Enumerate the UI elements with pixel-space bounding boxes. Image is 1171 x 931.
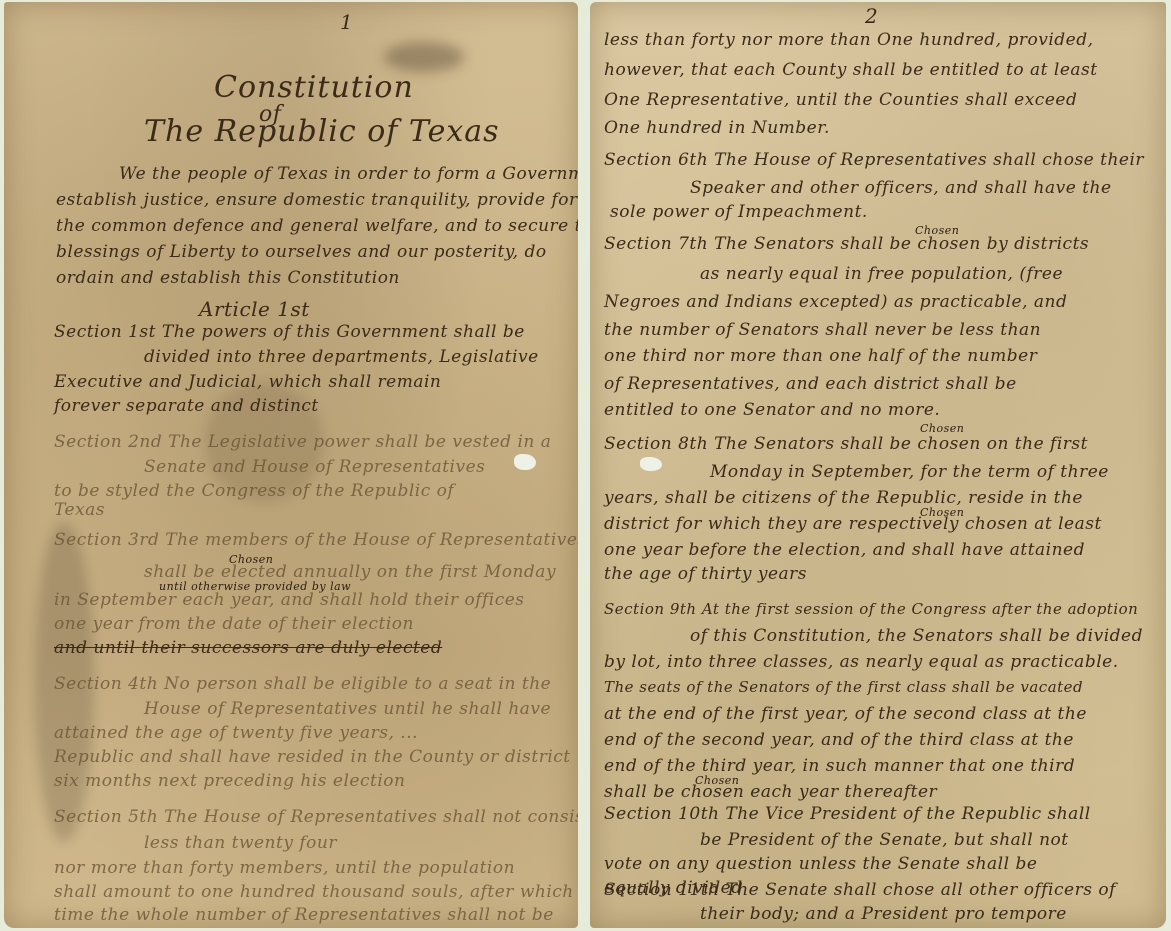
preamble-line: ordain and establish this Constitution — [56, 268, 400, 288]
section-line: Section 8th The Senators shall be chosen… — [604, 434, 1088, 454]
section-line: Section 4th No person shall be eligible … — [54, 674, 551, 694]
section-line: divided into three departments, Legislat… — [144, 347, 539, 367]
continuation-line: One Representative, until the Counties s… — [604, 90, 1077, 110]
section-line: The seats of the Senators of the first c… — [604, 678, 1083, 696]
section-line: less than twenty four — [144, 833, 337, 853]
section-line: one year before the election, and shall … — [604, 540, 1085, 560]
section-line: Executive and Judicial, which shall rema… — [54, 372, 441, 392]
preamble-line: We the people of Texas in order to form … — [119, 164, 578, 184]
section-line: shall be elected annually on the first M… — [144, 562, 556, 582]
continuation-line: One hundred in Number. — [604, 118, 830, 138]
document-title-line3: The Republic of Texas — [144, 114, 500, 149]
section-line: years, shall be citizens of the Republic… — [604, 488, 1083, 508]
section-line: of this Constitution, the Senators shall… — [690, 626, 1143, 646]
section-line: in September each year, and shall hold t… — [54, 590, 525, 610]
section-line: the age of thirty years — [604, 564, 807, 584]
section-line: of Representatives, and each district sh… — [604, 374, 1017, 394]
section-line: shall be chosen each year thereafter — [604, 782, 937, 802]
section-line: entitled to one Senator and no more. — [604, 400, 940, 420]
section-line: district for which they are respectively… — [604, 514, 1102, 534]
section-line: vote on any question unless the Senate s… — [604, 854, 1037, 874]
section-line: Republic and shall have resided in the C… — [54, 747, 571, 767]
section-line: forever separate and distinct — [54, 396, 319, 416]
continuation-line: less than forty nor more than One hundre… — [604, 30, 1094, 50]
section-line: Texas — [54, 500, 105, 520]
preamble-line: blessings of Liberty to ourselves and ou… — [56, 242, 547, 262]
section-line: six months next preceding his election — [54, 771, 405, 791]
section-line: end of the third year, in such manner th… — [604, 756, 1075, 776]
section-line: Senate and House of Representatives — [144, 457, 485, 477]
section-line: Speaker and other officers, and shall ha… — [690, 178, 1112, 198]
section-line: be President of the Senate, but shall no… — [700, 830, 1069, 850]
paper-hole — [640, 457, 662, 471]
section-line: the number of Senators shall never be le… — [604, 320, 1041, 340]
section-line: at the end of the first year, of the sec… — [604, 704, 1087, 724]
section-line: Section 3rd The members of the House of … — [54, 530, 578, 550]
section-line: to be styled the Congress of the Republi… — [54, 481, 454, 501]
section-line: House of Representatives until he shall … — [144, 699, 551, 719]
section-line: shall amount to one hundred thousand sou… — [54, 882, 574, 902]
section-line: one year from the date of their election — [54, 614, 414, 634]
section-line: their body; and a President pro tempore — [700, 904, 1067, 924]
section-line: Section 7th The Senators shall be chosen… — [604, 234, 1089, 254]
section-line: Monday in September, for the term of thr… — [710, 462, 1109, 482]
paper-hole — [514, 454, 536, 470]
article-heading: Article 1st — [199, 297, 310, 321]
section-line: Section 6th The House of Representatives… — [604, 150, 1144, 170]
page-number: 1 — [340, 10, 353, 34]
page-number: 2 — [865, 4, 878, 28]
struck-section-line: and until their successors are duly elec… — [54, 638, 442, 658]
manuscript-page-1: 1 Constitution of The Republic of Texas … — [4, 2, 578, 928]
section-line: sole power of Impeachment. — [610, 202, 868, 222]
section-line: Section 2nd The Legislative power shall … — [54, 432, 551, 452]
section-line: Section 9th At the first session of the … — [604, 600, 1138, 618]
preamble-line: establish justice, ensure domestic tranq… — [56, 190, 578, 210]
manuscript-page-2: 2 less than forty nor more than One hund… — [590, 2, 1166, 928]
section-line: Section 10th The Vice President of the R… — [604, 804, 1091, 824]
section-line: nor more than forty members, until the p… — [54, 858, 515, 878]
section-line: as nearly equal in free population, (fre… — [700, 264, 1063, 284]
section-line: attained the age of twenty five years, .… — [54, 723, 418, 743]
preamble-line: the common defence and general welfare, … — [56, 216, 578, 236]
continuation-line: however, that each County shall be entit… — [604, 60, 1098, 80]
document-title-line1: Constitution — [214, 70, 414, 105]
section-line: Negroes and Indians excepted) as practic… — [604, 292, 1067, 312]
section-line: time the whole number of Representatives… — [54, 905, 554, 925]
section-line: Section 1st The powers of this Governmen… — [54, 322, 525, 342]
section-line: by lot, into three classes, as nearly eq… — [604, 652, 1119, 672]
section-line: Section 5th The House of Representatives… — [54, 807, 578, 827]
section-line: one third nor more than one half of the … — [604, 346, 1037, 366]
section-line: Section 11th The Senate shall chose all … — [604, 880, 1116, 900]
section-line: end of the second year, and of the third… — [604, 730, 1074, 750]
ink-stain — [384, 42, 464, 72]
